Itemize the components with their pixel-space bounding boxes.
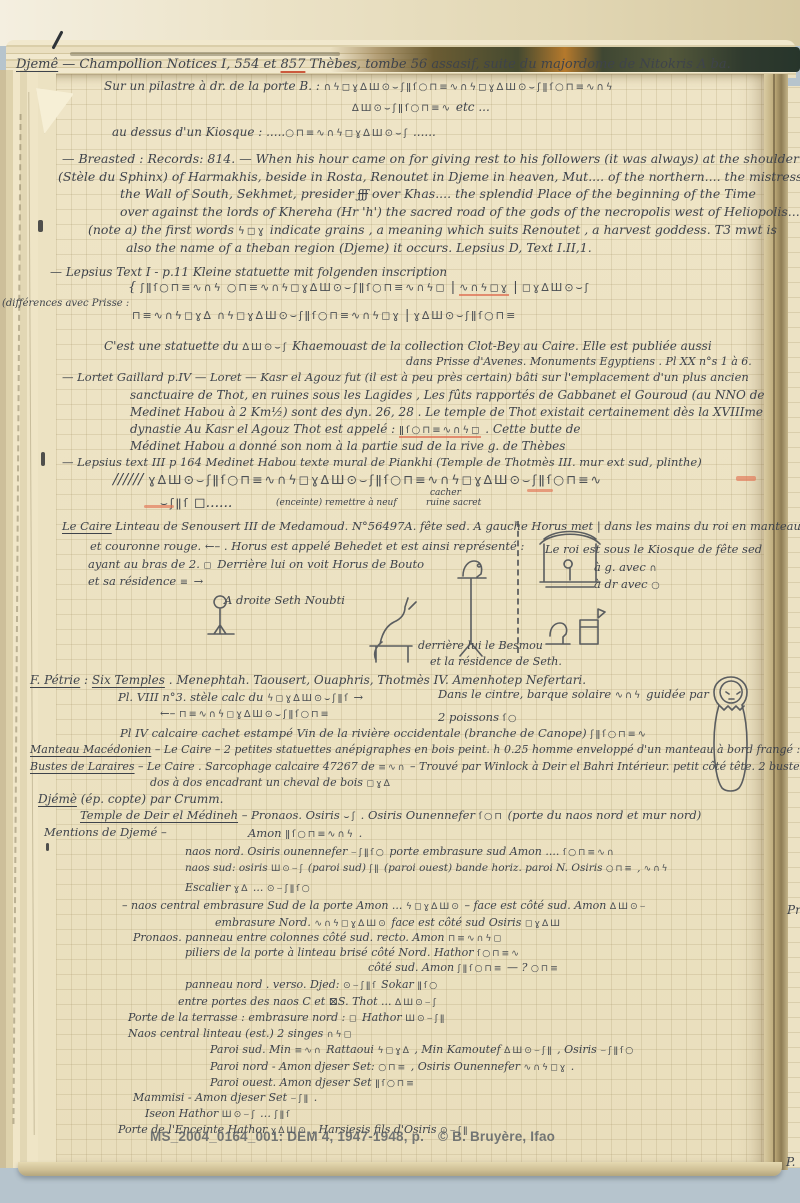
text-run: piliers de la porte à linteau brisé côté… [185, 946, 477, 959]
manuscript-line: (note a) the first words ϟ◻ɣ indicate gr… [88, 223, 777, 238]
manuscript-line: (différences avec Prisse : [2, 298, 129, 309]
hieroglyph-run: ⌣ʃ [343, 811, 357, 822]
text-run: et sa résidence [88, 574, 180, 588]
watermark-reference: MS_2004_0164_001: DEM 4, 1947-1948, p. [150, 1129, 424, 1144]
text-run: also the name of a theban region (Djeme)… [126, 240, 592, 255]
text-run: Derrière lui on voit Horus de Bouto [214, 557, 424, 571]
manuscript-line: sanctuaire de Thot, en ruines sous les L… [130, 389, 764, 402]
manuscript-line: ⌣ʃǁſ ◻...... [160, 496, 232, 511]
lepsius-text-3: — Lepsius text III p 164 Medinet Habou t… [62, 456, 702, 469]
hieroglyph-run: ſ○⊓≡∿ [477, 948, 521, 959]
manuscript-line: embrasure Nord. ∿∩ϟ◻ɣ∆Ш⊙ face est côté s… [215, 917, 562, 929]
text-run: Paroi nord - Amon djeser Set: [210, 1060, 378, 1073]
manuscript-line: au dessus d'un Kiosque : .....○⊓≡∿∩ϟ◻ɣ∆Ш… [112, 126, 436, 139]
manuscript-line: ruine sacret [426, 499, 481, 509]
text-run: côté sud. Amon [368, 961, 458, 974]
text-run: ◻...... [190, 495, 233, 511]
sketch-standard-emblem [198, 582, 242, 644]
text-run: 2 poissons [438, 710, 503, 724]
manuscript-line: ←– ⊓≡∿∩ϟ◻ɣ∆Ш⊙⌣ʃǁſ○⊓≡ [160, 707, 331, 721]
text-run: ayant au bras de 2. [88, 557, 204, 571]
hieroglyph-run: ⊓≡∿∩ϟ◻ɣ∆Ш⊙⌣ʃǁſ○⊓≡ [179, 709, 331, 720]
manuscript-line: the Wall of South, Sekhmet, presider ʃʃʃ… [120, 187, 756, 201]
hieroglyph-run: Ш⊙⌣ʃ [271, 864, 305, 874]
hieroglyph-run: ʃǁſ [275, 1109, 292, 1120]
text-run: dans Prisse d'Avenes. Monuments Egyptien… [406, 355, 752, 368]
underlined-text: Djémè [38, 792, 77, 806]
text-run: Hathor [359, 1011, 406, 1024]
text-run: face est côté sud Osiris [388, 916, 525, 929]
manuscript-line: over against the lords of Khereha (Hr 'h… [120, 205, 800, 219]
hieroglyph-run: ○⊓≡ [531, 963, 560, 974]
manuscript-line: côté sud. Amon ʃǁſ○⊓≡ — ? ○⊓≡ [368, 962, 560, 974]
text-run: → [350, 690, 363, 704]
manuscript-line: Sur un pilastre à dr. de la porte B. : ∩… [104, 80, 615, 93]
watermark-copyright: © B. Bruyère, Ifao [438, 1129, 555, 1144]
text-run: (paroi ouest) bande horiz. paroi N. Osir… [381, 862, 606, 874]
text-run: , [634, 862, 644, 874]
text-run: entre portes des naos C et ⊠S. Thot ... [178, 995, 395, 1008]
hieroglyph-run: ʃǁſ○⊓≡ [458, 963, 504, 974]
hieroglyph-run: ɣ∆ [234, 883, 250, 894]
hieroglyph-run: ʃǁ [369, 864, 380, 874]
hieroglyph-run: ∿∩ϟ [615, 690, 643, 701]
hieroglyph-run: ○⊓≡∿∩ϟ◻ɣ∆Ш⊙⌣ʃǁſ○⊓≡∿∩ϟ◻ [227, 281, 447, 294]
text-run: . Osiris Ounennefer [357, 808, 479, 822]
text-run: ... [249, 881, 266, 894]
text-run: Sur un pilastre à dr. de la porte B. : [104, 79, 324, 93]
hieroglyph-run: ∩ϟ◻ɣ∆Ш⊙⌣ʃǁſ○⊓≡∿∩ϟ◻ɣ [217, 309, 401, 322]
hieroglyph-run: ɣ∆Ш⊙⌣ʃǁſ○⊓≡ [414, 309, 518, 322]
manuscript-line: panneau nord . verso. Djed: ⊙⌣ʃǁſ Sokar … [185, 979, 439, 991]
hieroglyph-run: ○ [651, 580, 661, 591]
petrie-six-temples: F. Pétrie : Six Temples . Menephtah. Tao… [30, 674, 586, 687]
breasted-section: — Breasted : Records: 814. — When his ho… [62, 152, 799, 166]
text-run: guidée par [642, 687, 708, 701]
text-run: Paroi ouest. Amon djeser Set [210, 1076, 375, 1089]
text-run: porte embrasure sud Amon .... [386, 845, 563, 858]
red-underlined-text: 857 [281, 57, 306, 72]
text-run: Medinet Habou à 2 Km½) sont des dyn. 26,… [130, 405, 763, 419]
text-run: | [509, 280, 522, 295]
hieroglyph-run: ⊓≡∿∩ϟ◻ [448, 933, 503, 944]
text-run: , Osiris [554, 1043, 601, 1056]
manuscript-line: Dans le cintre, barque solaire ∿∩ϟ guidé… [438, 688, 709, 702]
red-ink-mark [527, 489, 553, 492]
red-ink-mark [144, 505, 174, 508]
text-run: ruine sacret [426, 498, 481, 508]
heading-djeme: Djemê — Champollion Notices I, 554 et 85… [16, 58, 731, 72]
hieroglyph-run: ∩ϟ◻ɣ∆Ш⊙⌣ʃǁſ○⊓≡∿∩ϟ◻ɣ∆Ш⊙⌣ʃǁſ○⊓≡∿∩ϟ [324, 82, 615, 93]
hieroglyph-run: ◻ɣ∆Ш [525, 918, 562, 929]
mentions-de-djeme: Mentions de Djemé – [44, 826, 167, 839]
manuscript-line: dos à dos encadrant un cheval de bois ◻ɣ… [150, 777, 392, 789]
manuscript-content: Djemê — Champollion Notices I, 554 et 85… [0, 0, 800, 1203]
text-run: Linteau de Senousert III de Medamoud. N°… [112, 519, 800, 533]
text-run: ←– [160, 706, 179, 720]
text-run: . [567, 1060, 574, 1073]
text-run: . Menephtah. Taousert, Ouaphris, Thotmès… [165, 673, 586, 687]
text-run: Amon [248, 826, 285, 840]
hieroglyph-run: ∩ϟ◻ [327, 1029, 354, 1040]
text-run: — Lepsius Text I - p.11 Kleine statuette… [50, 265, 447, 279]
djeme-copte: Djémè (ép. copte) par Crumm. [38, 793, 224, 806]
manuscript-line: Escalier ɣ∆ ... ⊙⌣ʃǁſ○ [185, 882, 312, 894]
manuscript-line: naos sud: osiris Ш⊙⌣ʃ (paroi sud) ʃǁ (pa… [185, 863, 669, 875]
text-run: { [128, 280, 140, 295]
manuscript-line: C'est une statuette du ∆Ш⊙⌣ʃ Khaemouast … [104, 340, 712, 353]
manuscript-line: 2 poissons ſ○ [438, 711, 518, 725]
text-run: etc ... [452, 100, 490, 114]
text-run: dynastie Au Kasr el Agouz Thot est appel… [130, 422, 399, 436]
text-run: Pronaos. panneau entre colonnes côté sud… [133, 931, 448, 944]
text-run: Escalier [185, 881, 234, 894]
manuscript-line: Mammisi - Amon djeser Set ⌣ʃǁ . [133, 1092, 317, 1104]
manuscript-line: naos nord. Osiris ounennefer ⌣ʃǁſ○ porte… [185, 846, 616, 858]
underlined-text: Bustes de Laraires [30, 760, 135, 773]
text-run: — Champollion Notices I, 554 et [58, 57, 280, 72]
hieroglyph-run: ≡ [180, 577, 190, 588]
text-run: | [447, 280, 460, 295]
text-run: – naos central embrasure Sud de la porte… [122, 899, 406, 912]
hieroglyph-run: ǁſ○ [417, 980, 439, 991]
hieroglyph-run: ○⊓≡ [606, 864, 634, 874]
text-run: . [310, 1091, 317, 1104]
text-run: ...... [409, 125, 436, 139]
hieroglyph-run: ⊓≡∿∩ϟ◻ɣ∆ [132, 309, 213, 322]
text-run: dos à dos encadrant un cheval de bois [150, 776, 366, 789]
hieroglyph-run: ∆Ш⊙⌣ʃǁſ○⊓≡∿ [352, 103, 452, 114]
hieroglyph-run: ∿∩ϟ◻ɣ [459, 281, 509, 296]
hieroglyph-run: ʃǁſ○⊓≡∿ [590, 729, 648, 740]
text-run: — Breasted : Records: 814. — When his ho… [62, 151, 799, 166]
text-run: (enceinte) remettre à neuf [276, 498, 397, 508]
hieroglyph-run: ∩ [649, 563, 658, 574]
text-run: sanctuaire de Thot, en ruines sous les L… [130, 388, 764, 402]
text-run: — Lortet Gaillard p.IV — Loret — Kasr el… [62, 370, 749, 384]
manuscript-line: Porte de la terrasse : embrasure nord : … [128, 1012, 446, 1024]
text-run: Pl IV calcaire cachet estampé Vin de la … [120, 726, 590, 740]
hieroglyph-run: ≡∿∩ [378, 762, 406, 773]
text-run: . [355, 826, 362, 840]
text-run: , Min Kamoutef [411, 1043, 504, 1056]
pen-divider [517, 521, 519, 653]
hieroglyph-run: ſ○ [503, 713, 519, 724]
manuscript-line: ∆Ш⊙⌣ʃǁſ○⊓≡∿ etc ... [352, 101, 490, 114]
text-run: (paroi sud) [305, 862, 370, 874]
manuscript-line: A droite Seth Noubti [224, 594, 345, 607]
manuscript-line: entre portes des naos C et ⊠S. Thot ... … [178, 996, 438, 1008]
text-run: Naos central linteau (est.) 2 singes [128, 1027, 327, 1040]
hieroglyph-run: ∿∩ϟ [644, 864, 670, 874]
hieroglyph-run: ϟ◻ɣ∆ [377, 1045, 410, 1056]
lortet-section: — Lortet Gaillard p.IV — Loret — Kasr el… [62, 371, 749, 384]
text-run: C'est une statuette du [104, 339, 242, 353]
text-run: … [257, 1107, 275, 1120]
hieroglyph-run: ⌣ʃǁſ○ [600, 1045, 635, 1056]
hieroglyph-run: ∆Ш⊙⌣ [610, 901, 648, 912]
text-run: naos nord. Osiris ounennefer [185, 845, 351, 858]
underlined-text: F. Pétrie [30, 673, 80, 687]
hieroglyph-run: ⌣ʃǁſ○ [351, 847, 386, 858]
underlined-text: Manteau Macédonien [30, 743, 151, 756]
scanned-notebook-page: Djemê — Champollion Notices I, 554 et 85… [0, 0, 800, 1203]
manuscript-line: Iseon Hathor Ш⊙⌣ʃ … ʃǁſ [145, 1108, 291, 1120]
text-run: Paroi sud. Min [210, 1043, 295, 1056]
manuscript-line: Paroi sud. Min ≡∿∩ Rattaoui ϟ◻ɣ∆ , Min K… [210, 1044, 635, 1056]
text-run: Mammisi - Amon djeser Set [133, 1091, 291, 1104]
text-run: Rattaoui [323, 1043, 378, 1056]
text-run: (différences avec Prisse : [2, 298, 129, 309]
manuscript-line: dans Prisse d'Avenes. Monuments Egyptien… [406, 356, 752, 368]
underlined-text: Djemê [16, 57, 58, 72]
manuscript-line: piliers de la porte à linteau brisé côté… [185, 947, 521, 959]
text-run: au dessus d'un Kiosque : ..... [112, 125, 285, 139]
manuscript-line: Médinet Habou a donné son nom à la parti… [130, 440, 565, 453]
hieroglyph-run: Ш⊙⌣ʃ [222, 1109, 257, 1120]
text-run: Pl. VIII n°3. stèle calc du [118, 690, 267, 704]
manuscript-line: Pl IV calcaire cachet estampé Vin de la … [120, 727, 648, 741]
bustes-de-laraires: Bustes de Laraires – Le Caire . Sarcopha… [30, 761, 800, 773]
ink-smudge [38, 220, 43, 232]
struck-text: ʃʃʃ [358, 186, 368, 201]
hieroglyph-run: ◻ɣ∆ [366, 778, 391, 789]
hieroglyph-run: ○⊓≡ [378, 1062, 407, 1073]
manteau-macedonien: Manteau Macédonien – Le Caire – 2 petite… [30, 744, 800, 756]
hieroglyph-run: ◻ [349, 1013, 359, 1024]
text-run: panneau nord . verso. Djed: [185, 978, 343, 991]
text-run: – Le Caire . Sarcophage calcaire 47267 d… [135, 760, 379, 773]
hieroglyph-run: ǁſ○⊓≡∿∩ϟ [285, 829, 355, 840]
hieroglyph-run: ∆Ш⊙⌣ʃǁ [504, 1045, 554, 1056]
sketch-falcon-standard [448, 552, 496, 664]
text-run: – face est côté sud. Amon [461, 899, 610, 912]
underlined-text: Six Temples [92, 673, 165, 687]
hieroglyph-run: ◻ [204, 560, 214, 571]
hieroglyph-run: ○⊓≡∿∩ϟ◻ɣ∆Ш⊙⌣ʃ [285, 128, 409, 139]
hieroglyph-run: ɣ∆Ш⊙⌣ʃǁſ○⊓≡∿∩ϟ◻ɣ∆Ш⊙⌣ʃǁſ○⊓≡∿∩ϟ◻ɣ∆Ш⊙⌣ʃǁſ○⊓… [148, 472, 603, 487]
text-run: (Stèle du Sphinx) of Harmakhis, beside i… [58, 169, 800, 184]
manuscript-line: dynastie Au Kasr el Agouz Thot est appel… [130, 423, 581, 436]
text-run: A droite Seth Noubti [224, 593, 345, 607]
manuscript-line: ayant au bras de 2. ◻ Derrière lui on vo… [88, 558, 424, 572]
sketch-mummy-outline [700, 672, 762, 798]
text-run: — ? [503, 961, 530, 974]
manuscript-line: Paroi nord - Amon djeser Set: ○⊓≡ , Osir… [210, 1061, 574, 1073]
hieroglyph-run: ſ○⊓ [479, 811, 504, 822]
next-page-text-fragment: P. [786, 1155, 795, 1169]
text-run: Sokar [378, 978, 418, 991]
manuscript-line: et sa résidence ≡ → [88, 575, 203, 589]
hieroglyph-run: ǁſ○⊓≡∿∩ϟ◻ [399, 425, 481, 438]
hieroglyph-run: ǁſ○⊓≡ [375, 1078, 416, 1089]
lepsius-text-1: — Lepsius Text I - p.11 Kleine statuette… [50, 266, 447, 279]
text-run: (note a) the first words [88, 222, 238, 237]
text-run: embrasure Nord. [215, 916, 314, 929]
sketch-seth-animal [362, 580, 424, 668]
underlined-text: Temple de Deir el Médineh [80, 808, 238, 822]
next-page-text-fragment: Pr [787, 903, 800, 917]
manuscript-line: { ʃǁſ○⊓≡∿∩ϟ ○⊓≡∿∩ϟ◻ɣ∆Ш⊙⌣ʃǁſ○⊓≡∿∩ϟ◻ | ∿∩ϟ… [128, 281, 590, 295]
ink-smudge [46, 843, 49, 851]
hieroglyph-run: ∆Ш⊙⌣ʃ [242, 342, 288, 353]
hieroglyph-run: ⊙⌣ʃǁſ [343, 980, 378, 991]
text-run: Khaemouast de la collection Clot-Bey au … [288, 339, 711, 353]
text-run: , Osiris Ounennefer [407, 1060, 523, 1073]
text-run: (ép. copte) par Crumm. [77, 792, 224, 806]
manuscript-line: Pl. VIII n°3. stèle calc du ϟ◻ɣ∆Ш⊙⌣ʃǁſ → [118, 691, 363, 705]
manuscript-line: (Stèle du Sphinx) of Harmakhis, beside i… [58, 170, 800, 184]
manuscript-line: ⊓≡∿∩ϟ◻ɣ∆ ∩ϟ◻ɣ∆Ш⊙⌣ʃǁſ○⊓≡∿∩ϟ◻ɣ | ɣ∆Ш⊙⌣ʃǁſ○… [132, 309, 517, 323]
hieroglyph-run: ≡∿∩ [295, 1045, 323, 1056]
hieroglyph-run: ◻ɣ∆Ш⊙⌣ʃ [522, 281, 591, 294]
text-run: Iseon Hathor [145, 1107, 222, 1120]
ink-smudge [41, 452, 45, 466]
hieroglyph-run: ∿∩ϟ◻ɣ [524, 1062, 568, 1073]
text-run: : [80, 673, 92, 687]
manuscript-line: Naos central linteau (est.) 2 singes ∩ϟ◻ [128, 1028, 353, 1040]
text-run: over Khas.... the splendid Place of the … [368, 186, 756, 201]
text-run: Médinet Habou a donné son nom à la parti… [130, 439, 565, 453]
manuscript-line: (enceinte) remettre à neuf [276, 499, 397, 509]
text-run: over against the lords of Khereha (Hr 'h… [120, 204, 800, 219]
text-run: Dans le cintre, barque solaire [438, 687, 615, 701]
hieroglyph-run: ϟ◻ɣ [238, 225, 266, 237]
text-run: Mentions de Djemé – [44, 825, 167, 839]
text-run: Thèbes, tombe 56 assasif, suite du major… [305, 57, 730, 72]
le-caire-lintel: Le Caire Linteau de Senousert III de Med… [62, 520, 800, 533]
hieroglyph-run: ʃǁſ○⊓≡∿∩ϟ [140, 281, 222, 294]
hieroglyph-run: ϟ◻ɣ∆Ш⊙ [406, 901, 461, 912]
hieroglyph-run: ∆Ш⊙⌣ʃ [395, 997, 438, 1008]
temple-deir-el-medineh: Temple de Deir el Médineh – Pronaos. Osi… [80, 809, 701, 823]
manuscript-line: Medinet Habou à 2 Km½) sont des dyn. 26,… [130, 406, 763, 419]
hieroglyph-run: ϟ◻ɣ∆Ш⊙⌣ʃǁſ [267, 693, 350, 704]
text-run: Porte de la terrasse : embrasure nord : [128, 1011, 349, 1024]
sketch-falcon-shrine [540, 600, 608, 656]
red-ink-mark [736, 476, 756, 481]
text-run: (porte du naos nord et mur nord) [504, 808, 701, 822]
hieroglyph-run: ∿∩ϟ◻ɣ∆Ш⊙ [314, 918, 388, 929]
text-run: et couronne rouge. ←– . Horus est appelé… [90, 539, 524, 553]
text-run: — Lepsius text III p 164 Medinet Habou t… [62, 455, 702, 469]
manuscript-line: Amon ǁſ○⊓≡∿∩ϟ . [248, 827, 362, 841]
hieroglyph-run: ſ○⊓≡∿∩ [563, 847, 616, 858]
manuscript-line: ////// ɣ∆Ш⊙⌣ʃǁſ○⊓≡∿∩ϟ◻ɣ∆Ш⊙⌣ʃǁſ○⊓≡∿∩ϟ◻ɣ∆Ш… [113, 471, 603, 488]
text-run: ////// [113, 470, 148, 488]
hieroglyph-run: Ш⊙⌣ʃǁ [405, 1013, 446, 1024]
hieroglyph-run: ⊙⌣ʃǁſ○ [267, 883, 312, 894]
sketch-kiosk [534, 524, 606, 592]
text-run: . Cette butte de [481, 422, 580, 436]
text-run: | [401, 308, 414, 323]
hieroglyph-run: ⌣ʃǁ [291, 1093, 311, 1104]
underlined-text: Le Caire [62, 519, 112, 533]
text-run: cacher [430, 488, 461, 498]
manuscript-line: Paroi ouest. Amon djeser Set ǁſ○⊓≡ [210, 1077, 416, 1089]
manuscript-line: Pronaos. panneau entre colonnes côté sud… [133, 932, 503, 944]
text-run: – Pronaos. Osiris [238, 808, 343, 822]
manuscript-line: – naos central embrasure Sud de la porte… [122, 900, 648, 912]
text-run: naos sud: osiris [185, 862, 271, 874]
manuscript-line: et couronne rouge. ←– . Horus est appelé… [90, 540, 524, 553]
text-run: the Wall of South, Sekhmet, presider [120, 186, 358, 201]
archive-watermark: MS_2004_0164_001: DEM 4, 1947-1948, p.© … [150, 1129, 555, 1144]
text-run: indicate grains , a meaning which suits … [266, 222, 777, 237]
manuscript-line: also the name of a theban region (Djeme)… [126, 241, 592, 255]
